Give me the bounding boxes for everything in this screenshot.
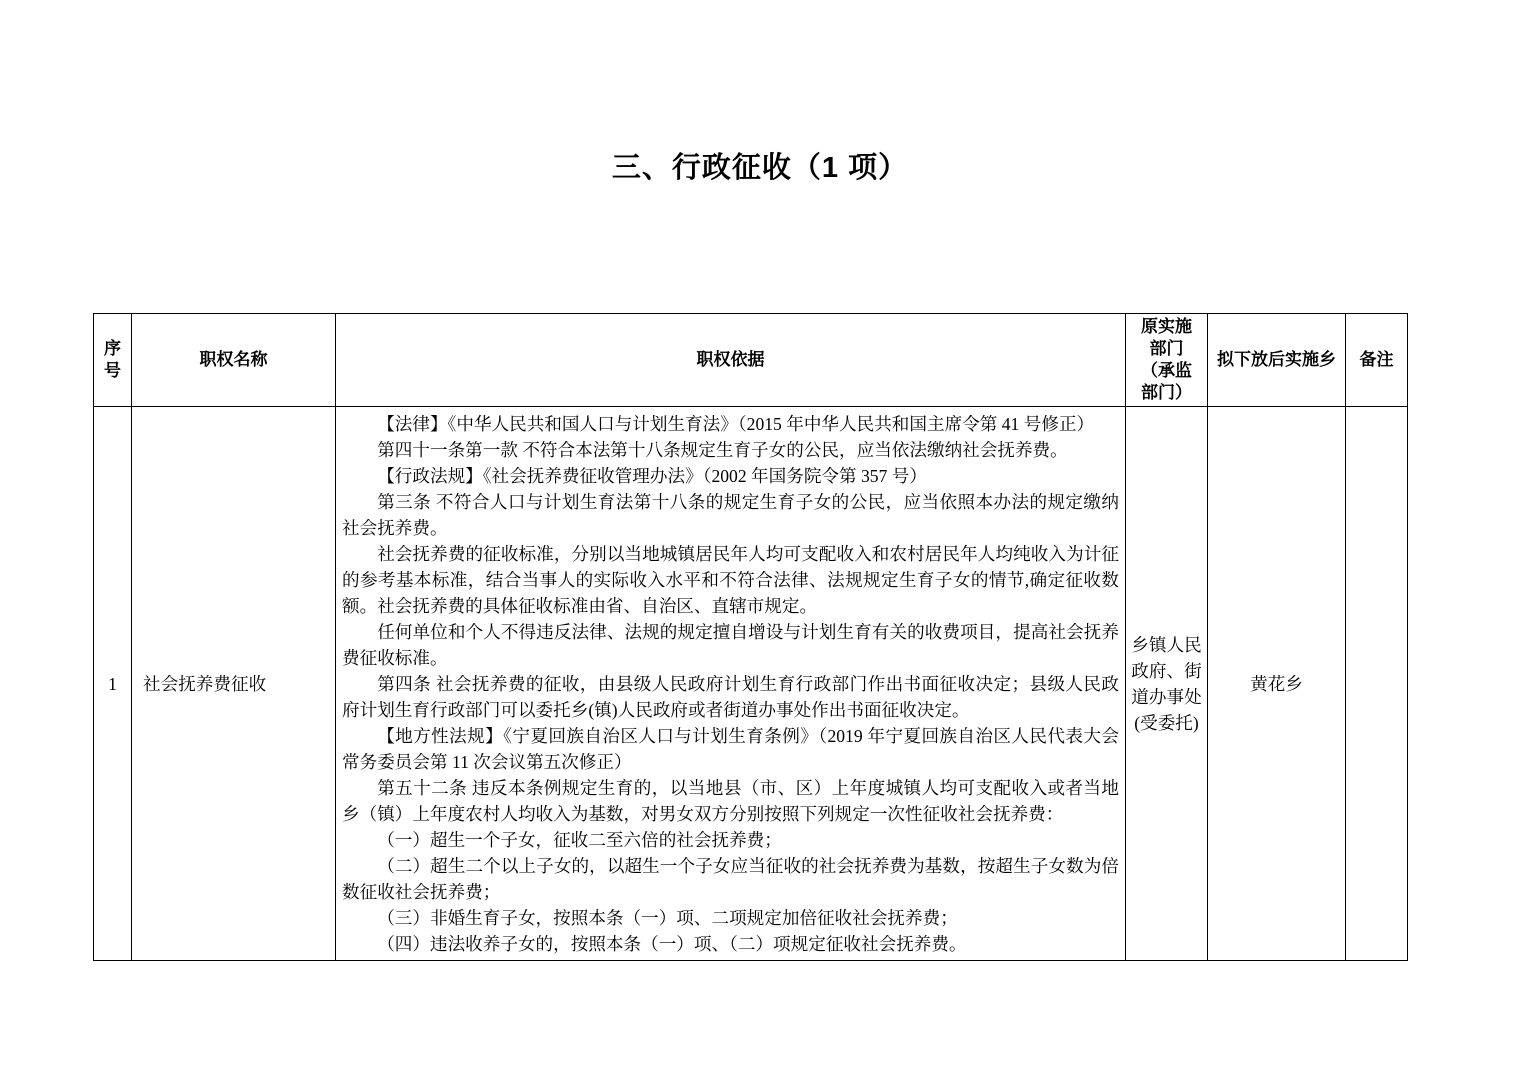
cell-authority-basis: 【法律】《中华人民共和国人口与计划生育法》（2015 年中华人民共和国主席令第 … (336, 407, 1126, 961)
basis-paragraph: （二）超生二个以上子女的，以超生一个子女应当征收的社会抚养费为基数，按超生子女数… (342, 853, 1119, 905)
cell-remarks (1346, 407, 1408, 961)
cell-index: 1 (94, 407, 132, 961)
basis-paragraph: （四）违法收养子女的，按照本条（一）项、（二）项规定征收社会抚养费。 (342, 931, 1119, 957)
authority-table: 序号 职权名称 职权依据 原实施部门（承监部门） 拟下放后实施乡 备注 1 社会… (93, 313, 1408, 961)
column-header-township-after-delegation: 拟下放后实施乡 (1208, 314, 1346, 407)
cell-authority-name: 社会抚养费征收 (132, 407, 336, 961)
basis-paragraph: 第四十一条第一款 不符合本法第十八条规定生育子女的公民，应当依法缴纳社会抚养费。 (342, 437, 1119, 463)
column-header-authority-basis: 职权依据 (336, 314, 1126, 407)
basis-paragraph: （一）超生一个子女，征收二至六倍的社会抚养费； (342, 827, 1119, 853)
basis-paragraph: 第五十二条 违反本条例规定生育的，以当地县（市、区）上年度城镇人均可支配收入或者… (342, 775, 1119, 827)
column-header-remarks: 备注 (1346, 314, 1408, 407)
basis-paragraph: （三）非婚生育子女，按照本条（一）项、二项规定加倍征收社会抚养费； (342, 905, 1119, 931)
column-header-original-department: 原实施部门（承监部门） (1126, 314, 1208, 407)
cell-original-department: 乡镇人民政府、街道办事处(受委托) (1126, 407, 1208, 961)
table-row: 1 社会抚养费征收 【法律】《中华人民共和国人口与计划生育法》（2015 年中华… (94, 407, 1408, 961)
table-header-row: 序号 职权名称 职权依据 原实施部门（承监部门） 拟下放后实施乡 备注 (94, 314, 1408, 407)
basis-paragraph: 【行政法规】《社会抚养费征收管理办法》（2002 年国务院令第 357 号） (342, 463, 1119, 489)
basis-paragraph: 【地方性法规】《宁夏回族自治区人口与计划生育条例》（2019 年宁夏回族自治区人… (342, 723, 1119, 775)
column-header-index: 序号 (94, 314, 132, 407)
basis-paragraph: 第三条 不符合人口与计划生育法第十八条的规定生育子女的公民，应当依照本办法的规定… (342, 489, 1119, 541)
basis-paragraph: 社会抚养费的征收标准，分别以当地城镇居民年人均可支配收入和农村居民年人均纯收入为… (342, 541, 1119, 619)
document-title: 三、行政征收（1 项） (0, 150, 1520, 186)
cell-township-after-delegation: 黄花乡 (1208, 407, 1346, 961)
basis-paragraph: 任何单位和个人不得违反法律、法规的规定擅自增设与计划生育有关的收费项目，提高社会… (342, 619, 1119, 671)
basis-paragraph: 【法律】《中华人民共和国人口与计划生育法》（2015 年中华人民共和国主席令第 … (342, 411, 1119, 437)
column-header-authority-name: 职权名称 (132, 314, 336, 407)
basis-paragraph: 第四条 社会抚养费的征收，由县级人民政府计划生育行政部门作出书面征收决定；县级人… (342, 671, 1119, 723)
